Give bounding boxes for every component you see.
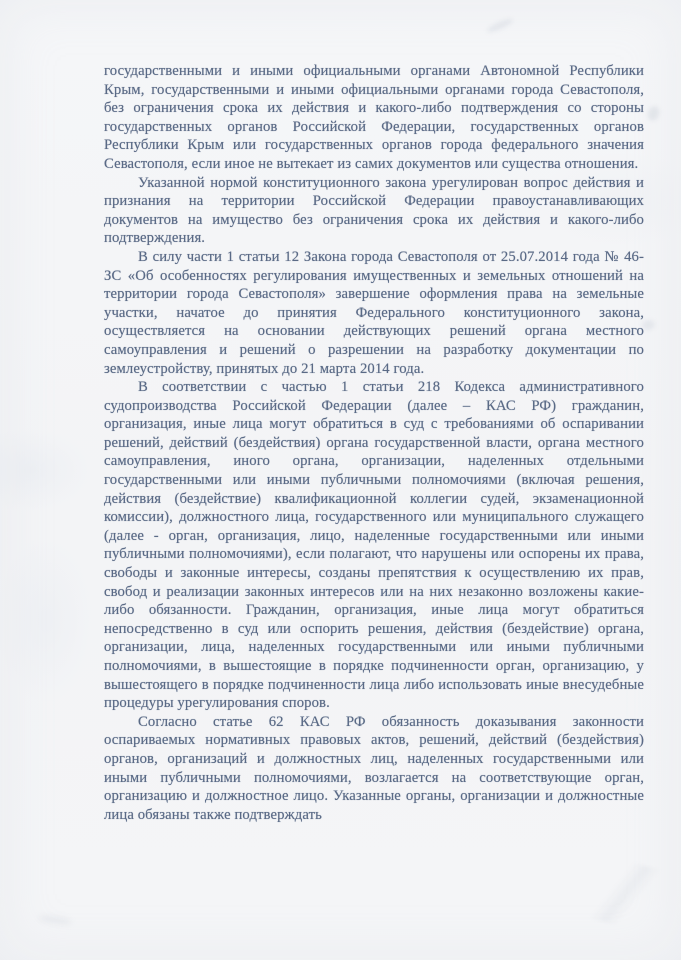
scan-smudge-right-upper [646, 105, 661, 123]
scan-streak-bottom-right [560, 849, 681, 940]
paragraph-kas-rf-article-62: Согласно статье 62 КАС РФ обязанность до… [104, 713, 644, 825]
scan-smudge-bottom-left [38, 914, 73, 927]
scanned-page-background: { "colors": { "ink": "#5a6a86", "paper":… [0, 0, 681, 960]
document-text-block: государственными и иными официальными ор… [104, 62, 644, 824]
paragraph-sevastopol-law-46-zs: В силу части 1 статьи 12 Закона города С… [104, 248, 644, 378]
paragraph-constitutional-law-norm: Указанной нормой конституционного закона… [104, 174, 644, 248]
scanned-document-page: государственными и иными официальными ор… [0, 0, 681, 960]
paragraph-kas-rf-article-218: В соответствии с частью 1 статьи 218 Код… [104, 378, 644, 713]
paragraph-continuation: государственными и иными официальными ор… [104, 62, 644, 174]
scan-smudge-top [486, 17, 514, 35]
